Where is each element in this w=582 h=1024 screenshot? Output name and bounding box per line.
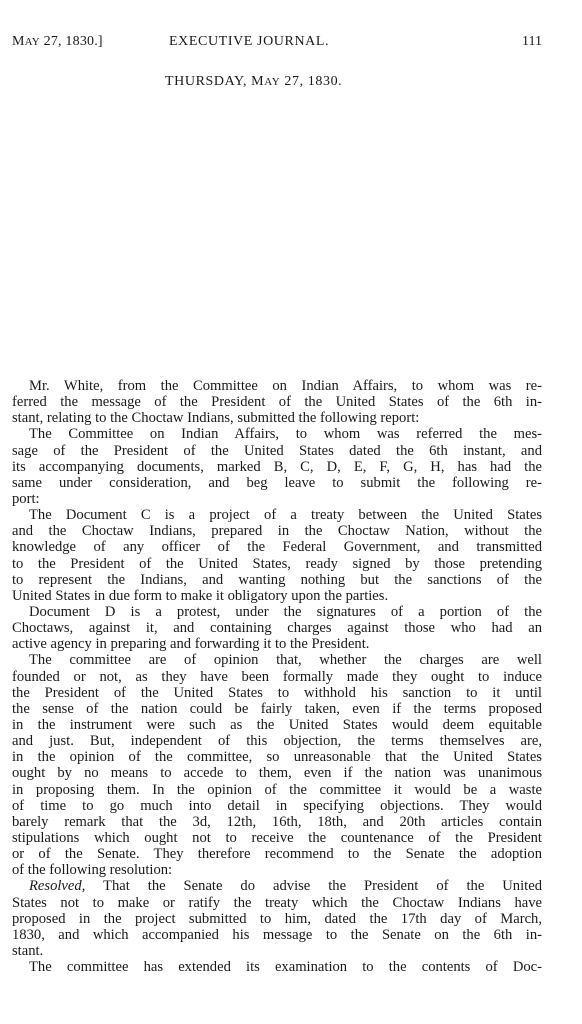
text-line: its accompanying documents, marked B, C,… (12, 459, 542, 475)
text-line: founded or not, as they have been formal… (12, 669, 542, 685)
text-line: in proposing them. In the opinion of the… (12, 782, 542, 798)
text-line: sage of the President of the United Stat… (12, 443, 542, 459)
text-line: United States in due form to make it obl… (12, 588, 542, 604)
page-number: 111 (522, 34, 542, 50)
text-line: to represent the Indians, and wanting no… (12, 572, 542, 588)
paragraph-resolution: Resolved, That the Senate do advise the … (12, 878, 542, 959)
text-line: States not to make or ratify the treaty … (12, 895, 542, 911)
text-line: The committee has extended its examinati… (12, 959, 542, 975)
text-line: Choctaws, against it, and containing cha… (12, 620, 542, 636)
text-line: ferred the message of the President of t… (12, 394, 542, 410)
paragraph-committee-report: The Committee on Indian Affairs, to whom… (12, 426, 542, 507)
text-line: The committee are of opinion that, wheth… (12, 652, 542, 668)
text-line: and just. But, independent of this objec… (12, 733, 542, 749)
text-line: to the President of the United States, r… (12, 556, 542, 572)
text-line: stant. (12, 943, 542, 959)
text-line: Mr. White, from the Committee on Indian … (12, 378, 542, 394)
paragraph-committee-opinion: The committee are of opinion that, wheth… (12, 652, 542, 878)
text-line: stant, relating to the Choctaw Indians, … (12, 410, 542, 426)
text-line: and the Choctaw Indians, prepared in the… (12, 523, 542, 539)
paragraph-white-report-intro: Mr. White, from the Committee on Indian … (12, 378, 542, 426)
text-line: or of the Senate. They therefore recomme… (12, 846, 542, 862)
running-head-title: EXECUTIVE JOURNAL. (169, 34, 329, 50)
text-line: port: (12, 491, 542, 507)
text-line: in the instrument were such as the Unite… (12, 717, 542, 733)
running-head: MAY 27, 1830.] EXECUTIVE JOURNAL. 111 (12, 34, 542, 54)
text-line: The Document C is a project of a treaty … (12, 507, 542, 523)
text-line: Resolved, That the Senate do advise the … (12, 878, 542, 894)
paragraph-document-d: Document D is a protest, under the signa… (12, 604, 542, 652)
text-line: of time to go much into detail in specif… (12, 798, 542, 814)
text-line: active agency in preparing and forwardin… (12, 636, 542, 652)
text-line: the sense of the nation could be fairly … (12, 701, 542, 717)
text-line: The Committee on Indian Affairs, to whom… (12, 426, 542, 442)
text-line: the President of the United States to wi… (12, 685, 542, 701)
paragraph-examination: The committee has extended its examinati… (12, 959, 542, 975)
text-line: proposed in the project submitted to him… (12, 911, 542, 927)
text-line: of the following resolution: (12, 862, 542, 878)
text-line: in the opinion of the committee, so unre… (12, 749, 542, 765)
running-head-date: MAY 27, 1830.] (12, 34, 103, 50)
journal-body: Mr. White, from the Committee on Indian … (12, 378, 542, 975)
text-line: ought by no means to accede to them, eve… (12, 765, 542, 781)
text-line: same under consideration, and beg leave … (12, 475, 542, 491)
resolved-label: Resolved (29, 878, 82, 894)
text-line: barely remark that the 3d, 12th, 16th, 1… (12, 814, 542, 830)
text-line: stipulations which ought not to receive … (12, 830, 542, 846)
text-line: 1830, and which accompanied his message … (12, 927, 542, 943)
text-line: knowledge of any officer of the Federal … (12, 539, 542, 555)
text-line: Document D is a protest, under the signa… (12, 604, 542, 620)
paragraph-document-c: The Document C is a project of a treaty … (12, 507, 542, 604)
